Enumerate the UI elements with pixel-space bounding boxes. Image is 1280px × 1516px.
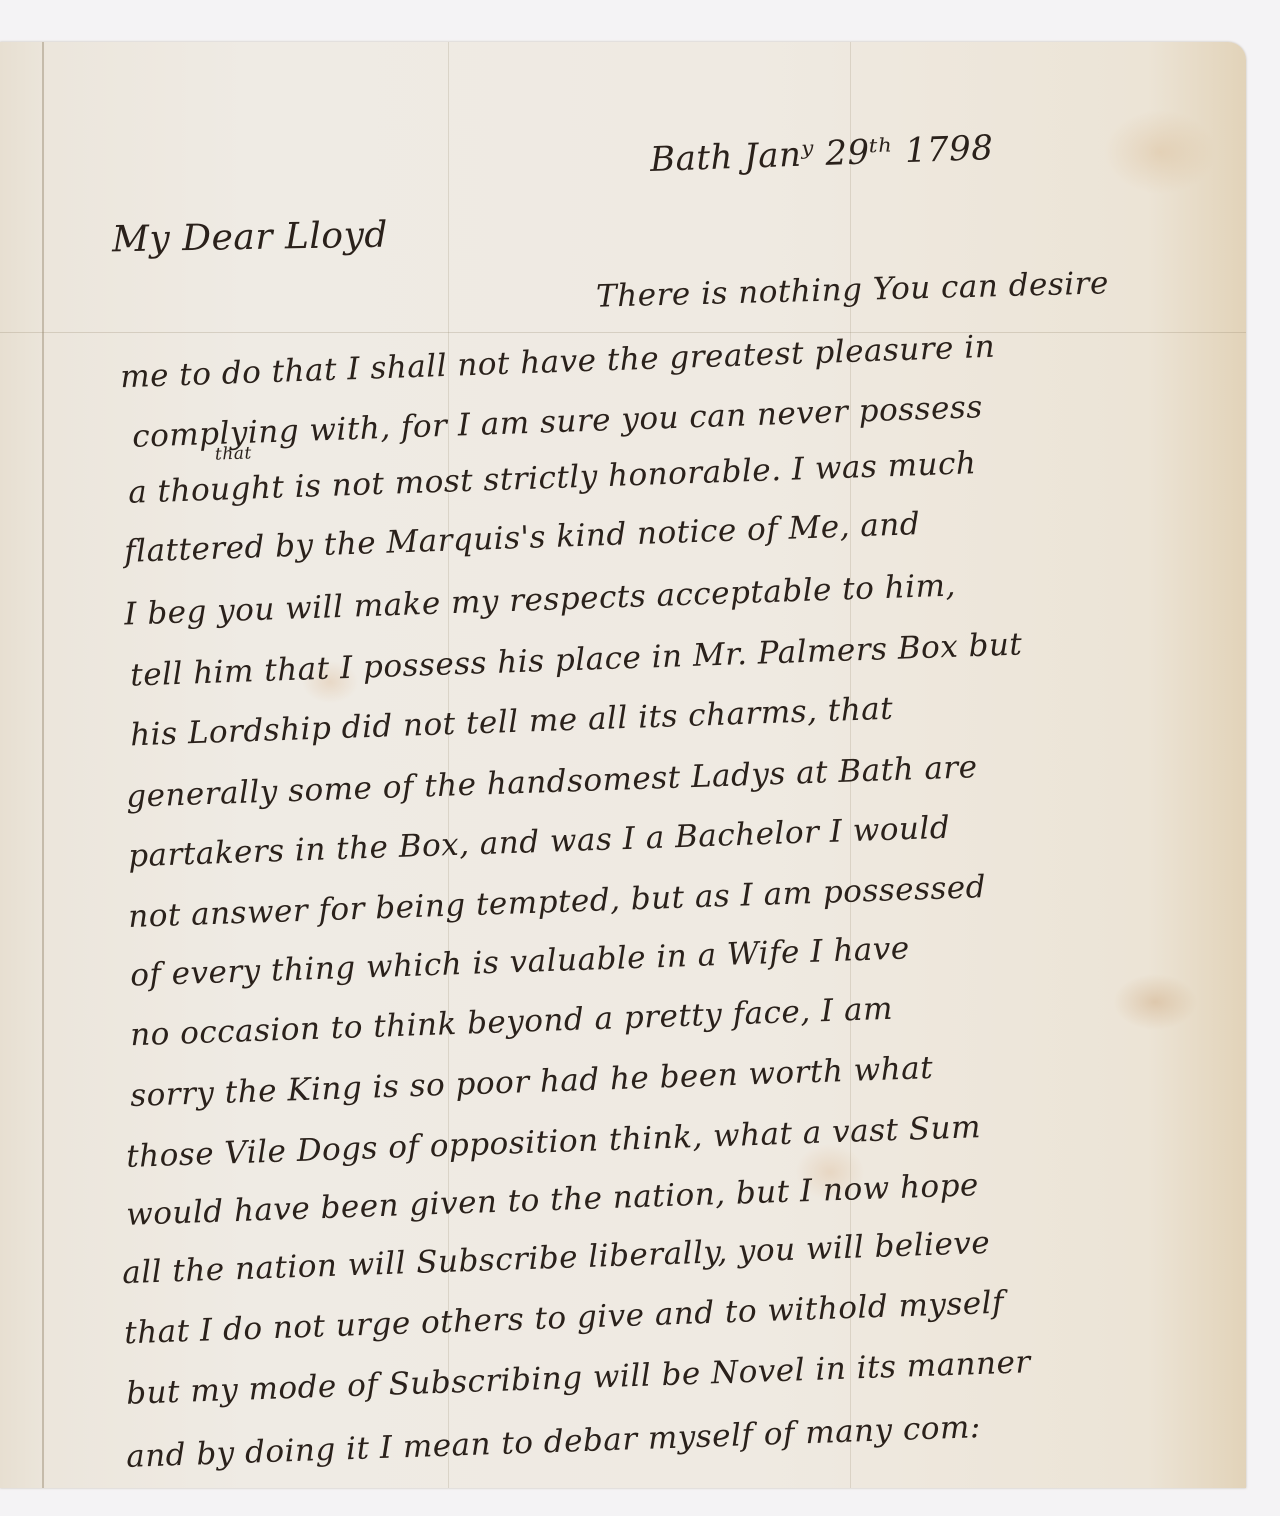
fold-line-horizontal (0, 332, 1246, 333)
fold-line-left (42, 42, 44, 1488)
letter-line: There is nothing You can desire (596, 265, 1110, 314)
letter-line: sorry the King is so poor had he been wo… (130, 1050, 934, 1114)
letter-line: would have been given to the nation, but… (126, 1167, 980, 1233)
letter-line: that I do not urge others to give and to… (124, 1285, 1005, 1352)
letter-line: and by doing it I mean to debar myself o… (126, 1409, 982, 1475)
letter-salutation: My Dear Lloyd (112, 215, 389, 261)
letter-interlinear-insertion: that (215, 443, 252, 464)
letter-line: no occasion to think beyond a pretty fac… (130, 991, 894, 1054)
letter-line: all the nation will Subscribe liberally,… (122, 1225, 991, 1291)
letter-line: those Vile Dogs of opposition think, wha… (126, 1109, 982, 1175)
letter-line: tell him that I possess his place in Mr.… (130, 626, 1023, 693)
document-viewer: Bath Janʸ 29ᵗʰ 1798 My Dear Lloyd There … (0, 0, 1280, 1516)
letter-dateline: Bath Janʸ 29ᵗʰ 1798 (649, 128, 994, 180)
letter-page: Bath Janʸ 29ᵗʰ 1798 My Dear Lloyd There … (0, 42, 1246, 1488)
letter-line: not answer for being tempted, but as I a… (128, 869, 987, 935)
letter-line: but my mode of Subscribing will be Novel… (126, 1344, 1032, 1412)
letter-line: complying with, for I am sure you can ne… (132, 389, 984, 455)
letter-line: me to do that I shall not have the great… (120, 329, 996, 396)
letter-line: flattered by the Marquis's kind notice o… (124, 506, 921, 570)
letter-line: partakers in the Box, and was I a Bachel… (128, 810, 951, 875)
letter-line: his Lordship did not tell me all its cha… (130, 691, 894, 754)
letter-line: of every thing which is valuable in a Wi… (130, 930, 911, 993)
letter-line: I beg you will make my respects acceptab… (124, 567, 957, 632)
